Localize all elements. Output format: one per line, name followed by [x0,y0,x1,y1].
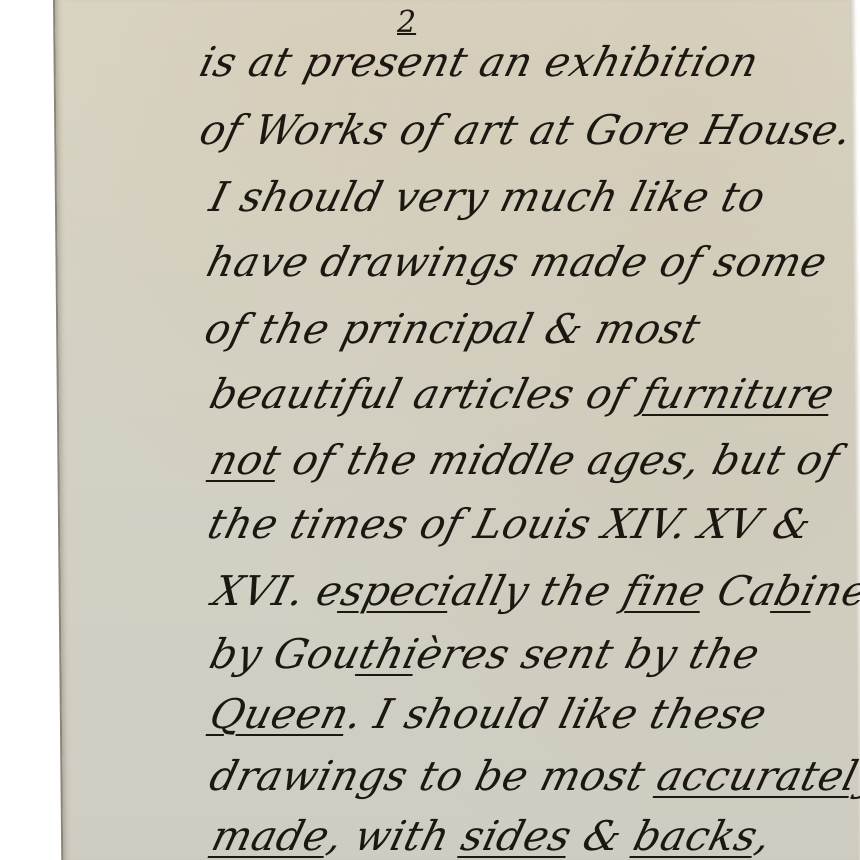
letter-page: 2 is at present an exhibition of Works o… [53,0,860,860]
underlined-word-sides: sides [457,812,577,860]
underlined-word-queen: Queen [205,690,354,738]
underlined-word-accurately: accurately [652,752,860,800]
underlined-word-fine: fine [618,567,711,615]
text-segment: ères sent by the [412,630,765,678]
text-line-8: the times of Louis XIV. XV & [203,500,817,548]
text-segment: of the middle ages, but of [274,436,845,484]
underlined-word-furniture: furniture [636,370,840,418]
text-segment: by Gou [205,630,366,678]
text-line-7: not of the middle ages, but of [205,436,845,484]
text-segment: Ca [699,567,781,615]
text-line-13: made, with sides & backs, [207,812,776,860]
text-line-9: XVI. especially the fine Cabinet [208,567,860,615]
underlined-word-not: not [205,436,286,484]
text-segment: XVI. e [208,567,348,615]
text-line-6: beautiful articles of furniture [205,370,840,418]
underlined-word-backs: backs [629,812,763,860]
underlined-word-especially: speci [336,567,458,615]
text-line-5: of the principal & most [200,305,705,353]
handwritten-text: 2 is at present an exhibition of Works o… [55,0,856,860]
text-segment: ally the [446,567,630,615]
page-number: 2 [397,6,416,40]
text-line-4: have drawings made of some [202,238,832,286]
text-line-10: by Gouthières sent by the [205,630,765,678]
photo-background: 2 is at present an exhibition of Works o… [0,0,860,860]
text-segment: , with [323,812,469,860]
text-line-12: drawings to be most accurately [205,752,860,800]
text-line-11: Queen. I should like these [205,690,772,738]
underlined-word-made: made [207,812,335,860]
text-line-3: I should very much like to [205,173,771,221]
text-line-1: is at present an exhibition [195,38,764,86]
text-segment: drawings to be most [205,752,664,800]
text-segment: beautiful articles of [205,370,648,418]
text-line-2: of Works of art at Gore House. [195,106,857,154]
text-segment: . I should like these [342,690,772,738]
